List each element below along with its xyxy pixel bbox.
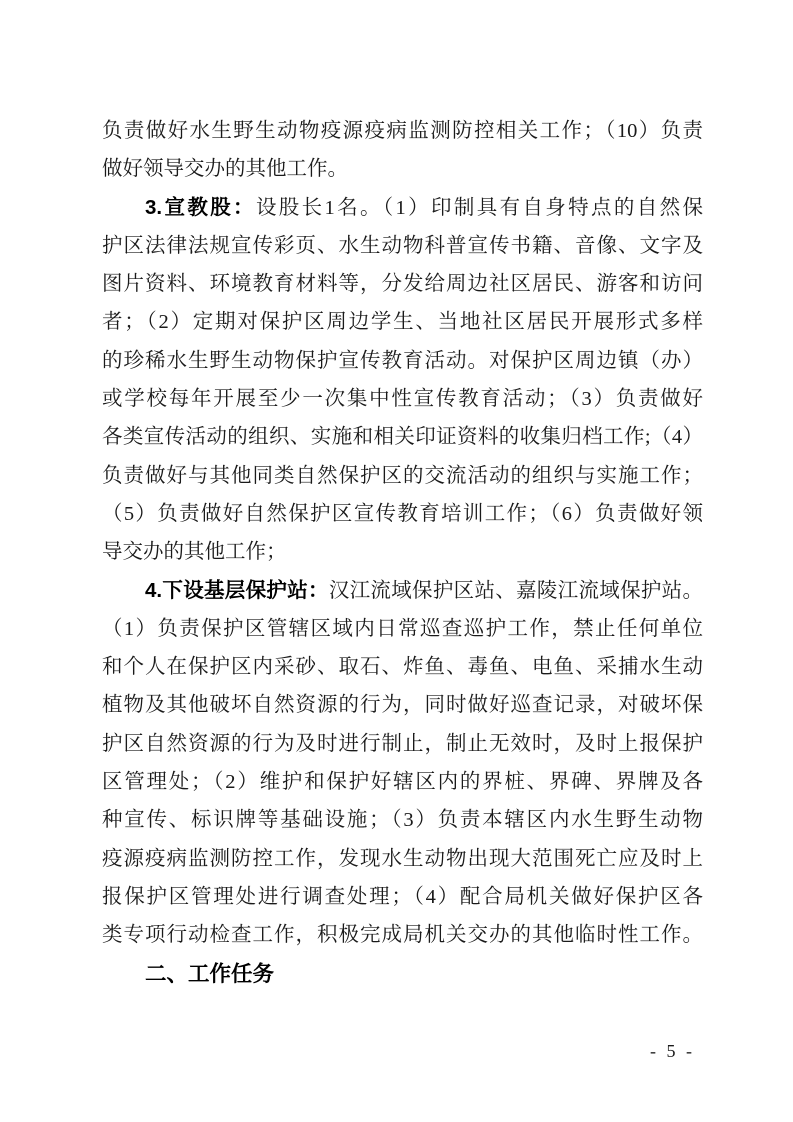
line-text: 的珍稀水生野生动物保护宣传教育活动。对保护区周边镇（办） bbox=[102, 350, 703, 372]
text-line: 植物及其他破坏自然资源的行为，同时做好巡查记录，对破坏保 bbox=[102, 686, 703, 724]
line-text: 植物及其他破坏自然资源的行为，同时做好巡查记录，对破坏保 bbox=[102, 694, 703, 716]
text-line: 护区法律法规宣传彩页、水生动物科普宣传书籍、音像、文字及 bbox=[102, 227, 703, 265]
text-line: 者；（2）定期对保护区周边学生、当地社区居民开展形式多样 bbox=[102, 303, 703, 341]
text-line: 负责做好水生野生动物疫源疫病监测防控相关工作；（10）负责 bbox=[102, 112, 703, 150]
line-text: 种宣传、标识牌等基础设施；（3）负责本辖区内水生野生动物 bbox=[102, 809, 703, 831]
document-body: 负责做好水生野生动物疫源疫病监测防控相关工作；（10）负责 做好领导交办的其他工… bbox=[102, 112, 703, 993]
text-line: 类专项行动检查工作，积极完成局机关交办的其他临时性工作。 bbox=[102, 916, 703, 954]
line-text: 负责做好与其他同类自然保护区的交流活动的组织与实施工作； bbox=[102, 465, 703, 487]
text-line: 做好领导交办的其他工作。 bbox=[102, 150, 703, 188]
line-text: 设股长1名。（1）印制具有自身特点的自然保 bbox=[256, 197, 703, 219]
text-line: 负责做好与其他同类自然保护区的交流活动的组织与实施工作； bbox=[102, 457, 703, 495]
line-text: 报保护区管理处进行调查处理；（4）配合局机关做好保护区各 bbox=[102, 886, 703, 908]
line-text: 负责做好水生野生动物疫源疫病监测防控相关工作；（10）负责 bbox=[102, 120, 703, 142]
text-line: 的珍稀水生野生动物保护宣传教育活动。对保护区周边镇（办） bbox=[102, 342, 703, 380]
line-text: 和个人在保护区内采砂、取石、炸鱼、毒鱼、电鱼、采捕水生动 bbox=[102, 656, 703, 678]
text-line: 或学校每年开展至少一次集中性宣传教育活动；（3）负责做好 bbox=[102, 380, 703, 418]
section-heading-text: 二、工作任务 bbox=[145, 962, 274, 986]
line-text: 疫源疫病监测防控工作，发现水生动物出现大范围死亡应及时上 bbox=[102, 848, 703, 870]
line-text: 图片资料、环境教育材料等，分发给周边社区居民、游客和访问 bbox=[102, 273, 703, 295]
text-line: （1）负责保护区管辖区域内日常巡查巡护工作，禁止任何单位 bbox=[102, 610, 703, 648]
text-line: 4.下设基层保护站：汉江流域保护区站、嘉陵江流域保护站。 bbox=[102, 572, 703, 610]
text-line: 和个人在保护区内采砂、取石、炸鱼、毒鱼、电鱼、采捕水生动 bbox=[102, 648, 703, 686]
run-in-heading: 4.下设基层保护站： bbox=[145, 579, 329, 602]
text-line: 种宣传、标识牌等基础设施；（3）负责本辖区内水生野生动物 bbox=[102, 801, 703, 839]
line-text: 护区自然资源的行为及时进行制止，制止无效时，及时上报保护 bbox=[102, 733, 703, 755]
line-text: 类专项行动检查工作，积极完成局机关交办的其他临时性工作。 bbox=[102, 924, 703, 946]
text-line: 护区自然资源的行为及时进行制止，制止无效时，及时上报保护 bbox=[102, 725, 703, 763]
section-heading: 二、工作任务 bbox=[102, 955, 703, 993]
page-number: - 5 - bbox=[616, 1041, 726, 1062]
line-text: （5）负责做好自然保护区宣传教育培训工作；（6）负责做好领 bbox=[102, 503, 703, 525]
line-text: 汉江流域保护区站、嘉陵江流域保护站。 bbox=[329, 580, 703, 602]
text-line: 各类宣传活动的组织、实施和相关印证资料的收集归档工作;（4） bbox=[102, 418, 703, 456]
line-text: 各类宣传活动的组织、实施和相关印证资料的收集归档工作;（4） bbox=[102, 426, 703, 448]
run-in-heading: 3.宣教股： bbox=[145, 196, 256, 219]
line-text: 导交办的其他工作； bbox=[102, 541, 287, 563]
text-line: 导交办的其他工作； bbox=[102, 533, 703, 571]
line-text: 者；（2）定期对保护区周边学生、当地社区居民开展形式多样 bbox=[102, 311, 703, 333]
text-line: 区管理处；（2）维护和保护好辖区内的界桩、界碑、界牌及各 bbox=[102, 763, 703, 801]
line-text: 区管理处；（2）维护和保护好辖区内的界桩、界碑、界牌及各 bbox=[102, 771, 703, 793]
line-text: 护区法律法规宣传彩页、水生动物科普宣传书籍、音像、文字及 bbox=[102, 235, 703, 257]
text-line: 3.宣教股：设股长1名。（1）印制具有自身特点的自然保 bbox=[102, 189, 703, 227]
text-line: 疫源疫病监测防控工作，发现水生动物出现大范围死亡应及时上 bbox=[102, 840, 703, 878]
line-text: （1）负责保护区管辖区域内日常巡查巡护工作，禁止任何单位 bbox=[102, 618, 703, 640]
text-line: 报保护区管理处进行调查处理；（4）配合局机关做好保护区各 bbox=[102, 878, 703, 916]
line-text: 做好领导交办的其他工作。 bbox=[102, 158, 348, 180]
line-text: 或学校每年开展至少一次集中性宣传教育活动；（3）负责做好 bbox=[102, 388, 703, 410]
text-line: （5）负责做好自然保护区宣传教育培训工作；（6）负责做好领 bbox=[102, 495, 703, 533]
document-page: 负责做好水生野生动物疫源疫病监测防控相关工作；（10）负责 做好领导交办的其他工… bbox=[0, 0, 793, 1122]
text-line: 图片资料、环境教育材料等，分发给周边社区居民、游客和访问 bbox=[102, 265, 703, 303]
